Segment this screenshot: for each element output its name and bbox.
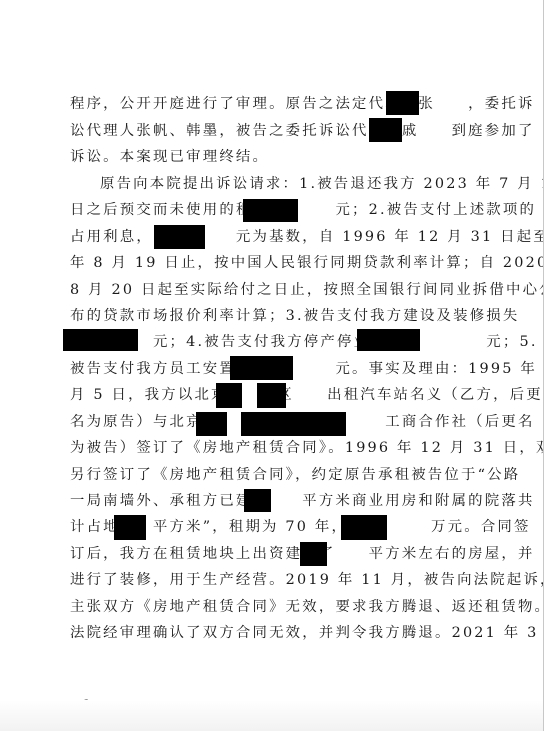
text-line: 讼代理人张帆、韩墨，被告之委托诉讼代理人戚 到庭参加了 (70, 118, 473, 144)
redaction-box (154, 225, 205, 249)
text-line: 占用利息，以 元为基数，自 1996 年 12 月 31 日起至 2020 (70, 224, 473, 250)
redaction-box (243, 199, 298, 222)
text-line: 年 8 月 19 日止，按中国人民银行同期贷款利率计算；自 2020 年 (70, 250, 473, 276)
redaction-box (369, 118, 402, 142)
redaction-box (257, 383, 286, 408)
text-line: 一局南墙外、承租方已建成 平方米商业用房和附属的院落共 (70, 488, 473, 514)
text-line: 订后，我方在租赁地块上出资建设了 平方米左右的房屋，并 (70, 541, 473, 567)
text-line: 法院经审理确认了双方合同无效，并判令我方腾退。2021 年 3 月 (70, 620, 473, 646)
redaction-box (230, 356, 293, 380)
redaction-box (357, 329, 420, 351)
text-line: 另行签订了《房地产租赁合同》，约定原告承租被告位于“公路 (70, 462, 473, 488)
redaction-box (63, 329, 138, 351)
redaction-box (244, 489, 271, 512)
redaction-box (386, 91, 419, 115)
redaction-box (241, 412, 346, 436)
redaction-box (341, 515, 387, 540)
text-line: 为被告）签订了《房地产租赁合同》。1996 年 12 月 31 日，双方 (70, 435, 473, 461)
text-line: 进行了装修，用于生产经营。2019 年 11 月，被告向法院起诉， (70, 567, 473, 593)
text-line: 诉讼。本案现已审理终结。 (70, 144, 473, 170)
text-line: 主张双方《房地产租赁合同》无效，要求我方腾退、返还租赁物。 (70, 594, 473, 620)
document-page: 程序，公开开庭进行了审理。原告之法定代表人张 ，委托诉 讼代理人张帆、韩墨，被告… (0, 0, 543, 731)
text-line: 8 月 20 日起至实际给付之日止，按照全国银行间同业拆借中心公 (70, 277, 473, 303)
redaction-box (114, 515, 146, 540)
text-line: 布的贷款市场报价利率计算；3.被告支付我方建设及装修损失 (70, 303, 473, 329)
redaction-box (300, 542, 327, 566)
text-line: 原告向本院提出诉讼请求：1.被告退还我方 2023 年 7 月 1 (100, 171, 473, 197)
redaction-box (216, 383, 242, 408)
redaction-box (196, 412, 227, 436)
page-bottom-shadow (0, 700, 543, 731)
